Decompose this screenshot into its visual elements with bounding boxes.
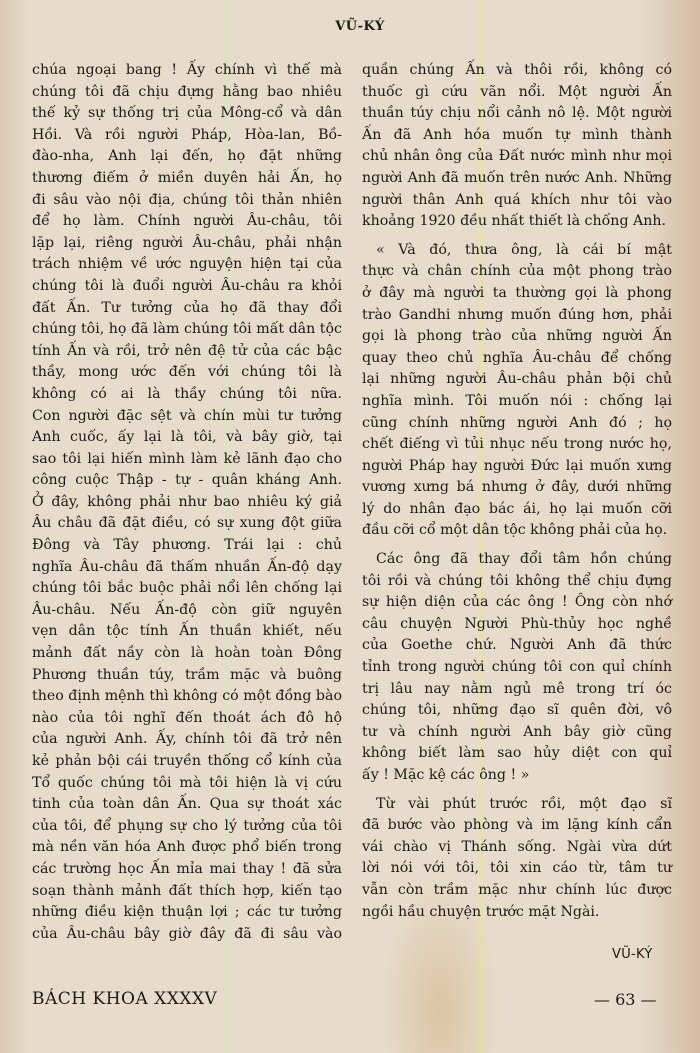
text-line: Ở đây, không phải như bao nhiêu ký giả bbox=[32, 492, 342, 514]
text-line: đào-nha, Anh lại đến, họ đặt những bbox=[32, 146, 342, 168]
text-line: Các ông đã thay đổi tâm hồn chúng bbox=[362, 549, 672, 571]
text-line: cũng chính những người Anh đó ; họ bbox=[362, 413, 672, 435]
text-line: ấy ! Mặc kệ các ông ! » bbox=[362, 765, 672, 787]
text-line: chết điếng vì tủi nhục nếu trong nước họ… bbox=[362, 434, 672, 456]
text-line: thương điếm ở miền duyên hải Ấn, họ bbox=[32, 168, 342, 190]
left-column: chúa ngoại bang ! Ấy chính vì thế màchún… bbox=[32, 60, 342, 945]
text-line: người Pháp hay người Đức lại muốn xưng bbox=[362, 456, 672, 478]
text-line: gọi là phong trào của những người Ấn bbox=[362, 326, 672, 348]
text-line: mà nền văn hóa Anh được phổ biến trong bbox=[32, 837, 342, 859]
text-line: tôi rồi và chúng tôi không thể chịu đựng bbox=[362, 571, 672, 593]
text-line: nào của tôi nghĩ đến thoát ách đô hộ bbox=[32, 708, 342, 730]
text-line: trách nhiệm về ước nguyện hiện tại của bbox=[32, 254, 342, 276]
text-line: khoảng 1920 đều nhất thiết là chống Anh. bbox=[362, 211, 672, 233]
author-signature: VŨ-KÝ bbox=[612, 947, 653, 962]
text-line: thực và chân chính của một phong trào bbox=[362, 261, 672, 283]
text-line: trị lâu nay nằm ngủ mê trong trí óc bbox=[362, 679, 672, 701]
text-line: công cuộc Thập - tự - quân kháng Anh. bbox=[32, 470, 342, 492]
text-line: chúng tôi bắc buộc phải nổi lên chống lạ… bbox=[32, 578, 342, 600]
text-line: ở đây mà người ta thường gọi là phong bbox=[362, 283, 672, 305]
text-line: để họ làm. Chính người Âu-châu, tôi bbox=[32, 211, 342, 233]
text-line: tư và chính người Anh bây giờ cũng bbox=[362, 722, 672, 744]
text-line: sao tôi lại hiến mình làm kẻ lãnh đạo ch… bbox=[32, 449, 342, 471]
right-column: quần chúng Ấn và thôi rồi, không cóthuốc… bbox=[362, 60, 672, 930]
text-line: Con người đặc sệt và chín mùi tư tưởng bbox=[32, 406, 342, 428]
text-line: chủ nhân ông của Đất nước mình như mọi bbox=[362, 146, 672, 168]
text-line: của tôi, để phụng sự cho lý tưởng của tô… bbox=[32, 816, 342, 838]
text-line: lý do nhân đạo bác ái, họ lại muốn cỡi bbox=[362, 499, 672, 521]
text-line: lời nói với tôi, tôi xin cáo từ, tâm tư bbox=[362, 858, 672, 880]
paragraph: Từ vài phút trước rồi, một đạo sĩđã bước… bbox=[362, 794, 672, 924]
text-line: Hồi. Và rồi người Pháp, Hòa-lan, Bồ- bbox=[32, 125, 342, 147]
text-line: chúng tôi, những đạo sĩ quên đời, vô bbox=[362, 700, 672, 722]
text-line: sự hiện diện của các ông ! Ông còn nhớ bbox=[362, 592, 672, 614]
paragraph: Các ông đã thay đổi tâm hồn chúngtôi rồi… bbox=[362, 549, 672, 787]
publication-footer: BÁCH KHOA XXXXV bbox=[32, 989, 217, 1009]
text-line: thế kỷ sự thống trị của Mông-cổ và dân bbox=[32, 103, 342, 125]
text-line: chúa ngoại bang ! Ấy chính vì thế mà bbox=[32, 60, 342, 82]
text-line: nghĩa mình. Tôi muốn nói : chống lại bbox=[362, 391, 672, 413]
text-line: Âu-châu. Nếu Ấn-độ còn giữ nguyên bbox=[32, 600, 342, 622]
text-line: mảnh đất nầy còn là hoàn toàn Đông bbox=[32, 643, 342, 665]
paragraph: « Và đó, thưa ông, là cái bí mậtthực và … bbox=[362, 240, 672, 542]
running-head: VŨ-KÝ bbox=[0, 19, 700, 34]
text-line: tinh của toàn dân Ấn. Qua sự thoát xác bbox=[32, 794, 342, 816]
text-line: vẹn dân tộc tính Ấn thuần khiết, nếu bbox=[32, 621, 342, 643]
text-line: của Âu-châu bây giờ đây đã đi sâu vào bbox=[32, 924, 342, 946]
text-line: « Và đó, thưa ông, là cái bí mật bbox=[362, 240, 672, 262]
text-line: câu chuyện Người Phù-thủy học nghề bbox=[362, 614, 672, 636]
text-line: đi sâu vào nội địa, chúng tôi thản nhiên bbox=[32, 190, 342, 212]
text-line: nghĩa Âu-châu đã thấm nhuần Ấn-độ dạy bbox=[32, 557, 342, 579]
text-line: thuần túy chịu nổi cảnh nô lệ. Một người bbox=[362, 103, 672, 125]
text-line: lặp lại, riêng người Âu-châu, phải nhận bbox=[32, 233, 342, 255]
text-line: Tổ quốc chúng tôi mà tôi hiện là vị cứu bbox=[32, 773, 342, 795]
text-line: không có ai là thầy chúng tôi nữa. bbox=[32, 384, 342, 406]
text-line: chúng tôi, họ đã làm chúng tôi mất dân t… bbox=[32, 319, 342, 341]
text-line: quần chúng Ấn và thôi rồi, không có bbox=[362, 60, 672, 82]
text-line: quay theo chủ nghĩa Âu-châu để chống bbox=[362, 348, 672, 370]
text-line: Phương thuần túy, trầm mặc và buông bbox=[32, 665, 342, 687]
text-line: theo định mệnh thì không có một đồng bào bbox=[32, 686, 342, 708]
text-line: vái chào vị Thánh sống. Ngài vừa dứt bbox=[362, 837, 672, 859]
text-line: Âu châu đã đặt điều, có sự xung đột giữa bbox=[32, 513, 342, 535]
text-line: tỉnh trong người chúng tôi con quỉ chính bbox=[362, 657, 672, 679]
text-line: ngồi hầu chuyện trước mặt Ngài. bbox=[362, 902, 672, 924]
text-line: Đông và Tây phương. Trái lại : chủ bbox=[32, 535, 342, 557]
text-line: của Goethe chứ. Người Anh đã thức bbox=[362, 635, 672, 657]
text-line: chúng tôi là đuổi người Âu-châu ra khỏi bbox=[32, 276, 342, 298]
text-line: Từ vài phút trước rồi, một đạo sĩ bbox=[362, 794, 672, 816]
text-line: thuốc gì cứu vãn nổi. Một người Ấn bbox=[362, 82, 672, 104]
text-line: vẫn còn trầm mặc như chính lúc được bbox=[362, 880, 672, 902]
text-line: của người Anh. Ấy, chính tôi đã trở nên bbox=[32, 729, 342, 751]
text-line: lại những người Âu-châu phản bội chủ bbox=[362, 369, 672, 391]
text-line: trào Gandhi nhưng muốn đúng hơn, phải bbox=[362, 305, 672, 327]
text-line: vương xưng bá nhưng ở đây, dưới những bbox=[362, 477, 672, 499]
paragraph: quần chúng Ấn và thôi rồi, không cóthuốc… bbox=[362, 60, 672, 233]
text-line: đất Ấn. Tư tưởng của họ đã thay đổi bbox=[32, 298, 342, 320]
page-number: — 63 — bbox=[594, 990, 657, 1009]
text-line: thầy, mong ước đến với chúng tôi là bbox=[32, 362, 342, 384]
text-line: đã bước vào phòng và im lặng kính cẩn bbox=[362, 815, 672, 837]
text-line: người thân Anh quá khích như tôi vào bbox=[362, 190, 672, 212]
text-line: những điều kiện thuận lợi ; các tư tưởng bbox=[32, 902, 342, 924]
text-line: các trường học Ấn mỉa mai thay ! đã sửa bbox=[32, 859, 342, 881]
text-line: soạn thành mảnh đất thích hợp, kiến tạo bbox=[32, 881, 342, 903]
text-line: tính Ấn và rồi, trở nên đệ tử của các bậ… bbox=[32, 341, 342, 363]
text-line: Anh cuốc, ấy lại là tôi, và bây giờ, tại bbox=[32, 427, 342, 449]
text-line: chúng tôi đã chịu đựng hằng bao nhiêu bbox=[32, 82, 342, 104]
text-line: Ấn đã Anh hóa muốn tự mình thành bbox=[362, 125, 672, 147]
text-line: không biết làm sao hủy diệt con quỉ bbox=[362, 743, 672, 765]
text-line: đầu cỡi cổ một dân tộc không phải của họ… bbox=[362, 520, 672, 542]
text-line: kẻ phản bội cái truyền thống cổ kính của bbox=[32, 751, 342, 773]
text-line: người Anh đã muốn trên nước Anh. Những bbox=[362, 168, 672, 190]
magazine-page: VŨ-KÝ chúa ngoại bang ! Ấy chính vì thế … bbox=[0, 0, 700, 1053]
